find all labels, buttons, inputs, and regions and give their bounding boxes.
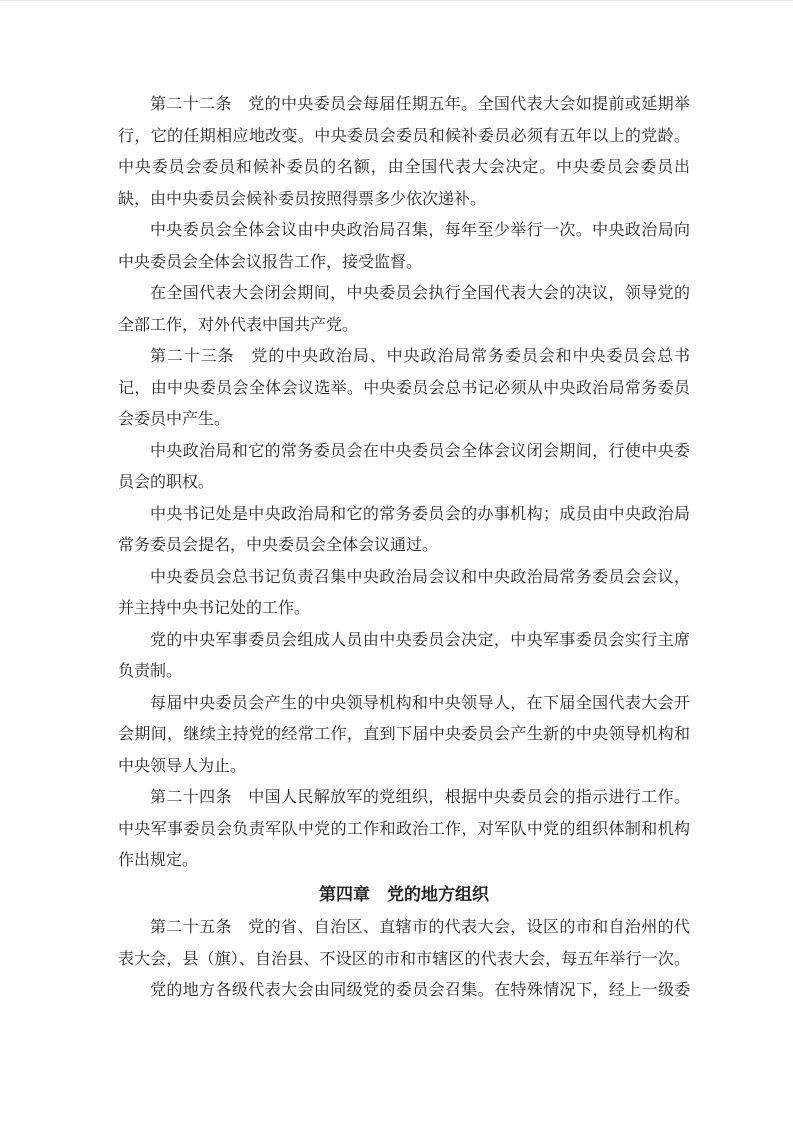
- paragraph-article-22: 第二十二条 党的中央委员会每届任期五年。全国代表大会如提前或延期举行，它的任期相…: [118, 89, 690, 215]
- paragraph-politburo-powers: 中央政治局和它的常务委员会在中央委员会全体会议闭会期间，行使中央委员会的职权。: [118, 436, 690, 499]
- paragraph-general-secretary-duties: 中央委员会总书记负责召集中央政治局会议和中央政治局常务委员会会议，并主持中央书记…: [118, 562, 690, 625]
- paragraph-between-congresses: 在全国代表大会闭会期间，中央委员会执行全国代表大会的决议，领导党的全部工作，对外…: [118, 278, 690, 341]
- paragraph-central-committee-plenary: 中央委员会全体会议由中央政治局召集，每年至少举行一次。中央政治局向中央委员会全体…: [118, 215, 690, 278]
- paragraph-article-25: 第二十五条 党的省、自治区、直辖市的代表大会，设区的市和自治州的代表大会，县（旗…: [118, 912, 690, 975]
- document-page: 第二十二条 党的中央委员会每届任期五年。全国代表大会如提前或延期举行，它的任期相…: [0, 0, 793, 1123]
- chapter-4-heading: 第四章 党的地方组织: [118, 879, 690, 911]
- paragraph-leadership-continuity: 每届中央委员会产生的中央领导机构和中央领导人，在下届全国代表大会开会期间，继续主…: [118, 688, 690, 783]
- paragraph-article-23: 第二十三条 党的中央政治局、中央政治局常务委员会和中央委员会总书记，由中央委员会…: [118, 341, 690, 436]
- paragraph-secretariat: 中央书记处是中央政治局和它的常务委员会的办事机构；成员由中央政治局常务委员会提名…: [118, 499, 690, 562]
- paragraph-central-military-commission: 党的中央军事委员会组成人员由中央委员会决定，中央军事委员会实行主席负责制。: [118, 625, 690, 688]
- document-body: 第二十二条 党的中央委员会每届任期五年。全国代表大会如提前或延期举行，它的任期相…: [118, 89, 690, 1007]
- paragraph-article-24: 第二十四条 中国人民解放军的党组织，根据中央委员会的指示进行工作。中央军事委员会…: [118, 782, 690, 877]
- paragraph-local-congress-convening: 党的地方各级代表大会由同级党的委员会召集。在特殊情况下，经上一级委: [118, 975, 690, 1007]
